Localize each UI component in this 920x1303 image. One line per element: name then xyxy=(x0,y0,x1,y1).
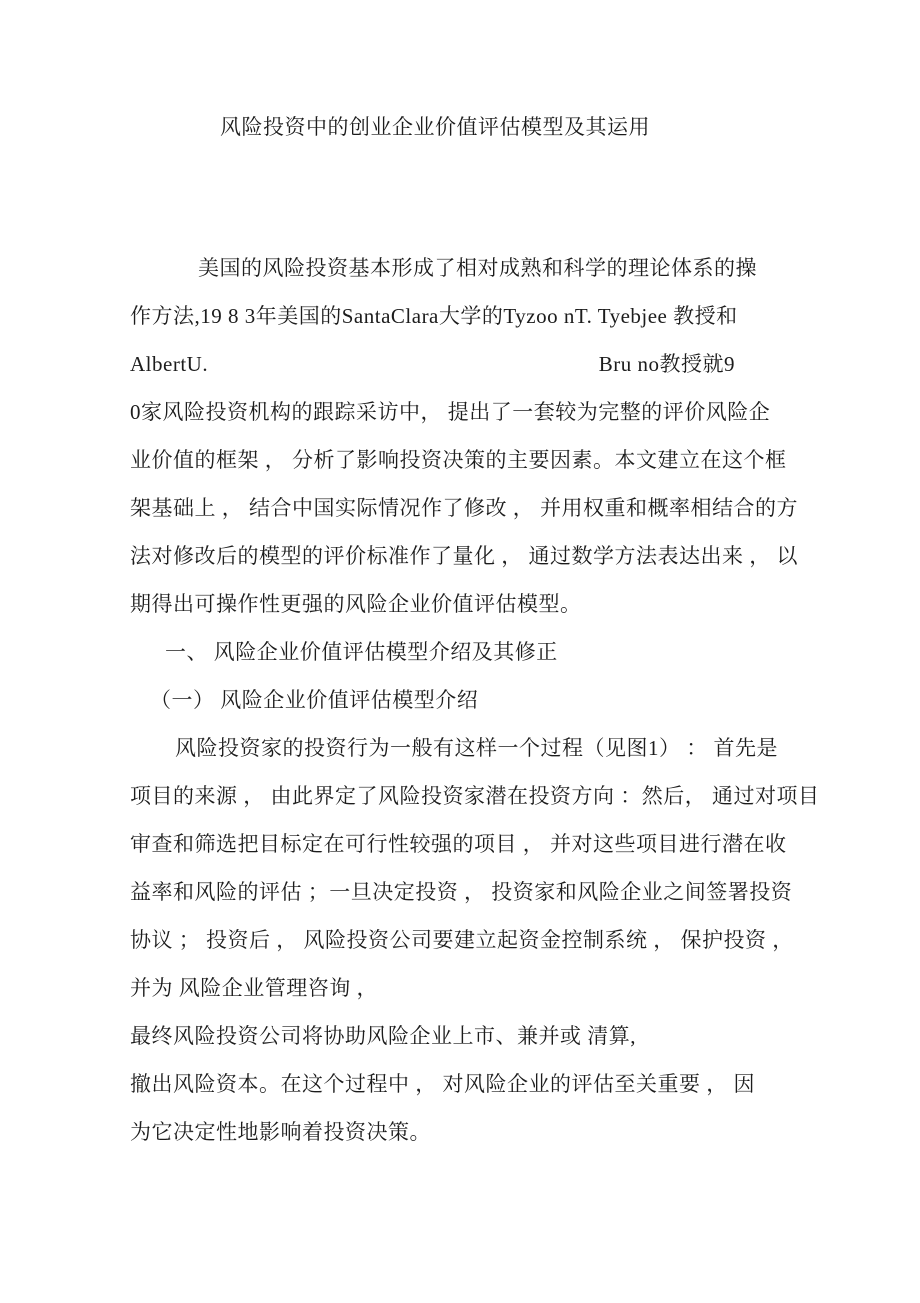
line-text: 业价值的框架 ， 分析了影响投资决策的主要因素。本文建立在这个框 xyxy=(130,436,787,484)
text-line: 益率和风险的评估 ；一旦决定投资 ， 投资家和风险企业之间签署投资 xyxy=(130,868,790,916)
line-text: 撤出风险资本。在这个过程中 ， 对风险企业的评估至关重要 ， 因 xyxy=(130,1060,755,1108)
text-line: 最终风险投资公司将协助风险企业上市、兼并或 清算, xyxy=(130,1012,790,1060)
line-text: 法对修改后的模型的评价标准作了量化 ， 通过数学方法表达出来 ， 以 xyxy=(130,532,798,580)
line-text: 益率和风险的评估 ；一旦决定投资 ， 投资家和风险企业之间签署投资 xyxy=(130,868,792,916)
line-text: 一、 风险企业价值评估模型介绍及其修正 xyxy=(165,628,558,676)
line-text: AlbertU. xyxy=(130,340,208,388)
text-line: （一） 风险企业价值评估模型介绍 xyxy=(130,676,790,724)
line-text: 风险投资家的投资行为一般有这样一个过程（见图1） ： 首先是 xyxy=(175,724,778,772)
text-line: 架基础上 ， 结合中国实际情况作了修改 ， 并用权重和概率相结合的方 xyxy=(130,484,790,532)
line-text: 期得出可操作性更强的风险企业价值评估模型。 xyxy=(130,580,582,628)
line-right-text: Bru no教授就9 xyxy=(599,340,735,388)
line-text: 协议 ； 投资后 ， 风险投资公司要建立起资金控制系统 ， 保护投资 ， xyxy=(130,916,794,964)
line-text: 架基础上 ， 结合中国实际情况作了修改 ， 并用权重和概率相结合的方 xyxy=(130,484,798,532)
line-text: 并为 风险企业管理咨询 ， xyxy=(130,964,378,1012)
line-text: 最终风险投资公司将协助风险企业上市、兼并或 清算, xyxy=(130,1012,636,1060)
text-line: 撤出风险资本。在这个过程中 ， 对风险企业的评估至关重要 ， 因 xyxy=(130,1060,790,1108)
text-line: 审查和筛选把目标定在可行性较强的项目 ， 并对这些项目进行潜在收 xyxy=(130,820,790,868)
text-line: 项目的来源 ， 由此界定了风险投资家潜在投资方向 ：然后， 通过对项目 xyxy=(130,772,790,820)
line-text: 审查和筛选把目标定在可行性较强的项目 ， 并对这些项目进行潜在收 xyxy=(130,820,787,868)
document-page: 风险投资中的创业企业价值评估模型及其运用 美国的风险投资基本形成了相对成熟和科学… xyxy=(0,0,920,1303)
text-line: 0家风险投资机构的跟踪采访中， 提出了一套较为完整的评价风险企 xyxy=(130,388,790,436)
line-text: 为它决定性地影响着投资决策。 xyxy=(130,1108,431,1156)
document-title: 风险投资中的创业企业价值评估模型及其运用 xyxy=(0,110,870,144)
document-body: 美国的风险投资基本形成了相对成熟和科学的理论体系的操 作方法,19 8 3年美国… xyxy=(130,244,790,1156)
text-line: 作方法,19 8 3年美国的SantaClara大学的Tyzoo nT. Tye… xyxy=(130,292,790,340)
line-text: 作方法,19 8 3年美国的SantaClara大学的Tyzoo nT. Tye… xyxy=(130,292,738,340)
text-line: 业价值的框架 ， 分析了影响投资决策的主要因素。本文建立在这个框 xyxy=(130,436,790,484)
line-text: 0家风险投资机构的跟踪采访中， 提出了一套较为完整的评价风险企 xyxy=(130,388,770,436)
line-text: 项目的来源 ， 由此界定了风险投资家潜在投资方向 ：然后， 通过对项目 xyxy=(130,772,820,820)
line-text: 美国的风险投资基本形成了相对成熟和科学的理论体系的操 xyxy=(198,244,757,292)
line-text: （一） 风险企业价值评估模型介绍 xyxy=(150,676,478,724)
text-line: 协议 ； 投资后 ， 风险投资公司要建立起资金控制系统 ， 保护投资 ， xyxy=(130,916,790,964)
text-line: 一、 风险企业价值评估模型介绍及其修正 xyxy=(130,628,790,676)
text-line: 风险投资家的投资行为一般有这样一个过程（见图1） ： 首先是 xyxy=(130,724,790,772)
text-line: 并为 风险企业管理咨询 ， xyxy=(130,964,790,1012)
text-line: 美国的风险投资基本形成了相对成熟和科学的理论体系的操 xyxy=(130,244,790,292)
text-line: AlbertU. Bru no教授就9 xyxy=(130,340,735,388)
text-line: 期得出可操作性更强的风险企业价值评估模型。 xyxy=(130,580,790,628)
text-line: 法对修改后的模型的评价标准作了量化 ， 通过数学方法表达出来 ， 以 xyxy=(130,532,790,580)
text-line: 为它决定性地影响着投资决策。 xyxy=(130,1108,790,1156)
